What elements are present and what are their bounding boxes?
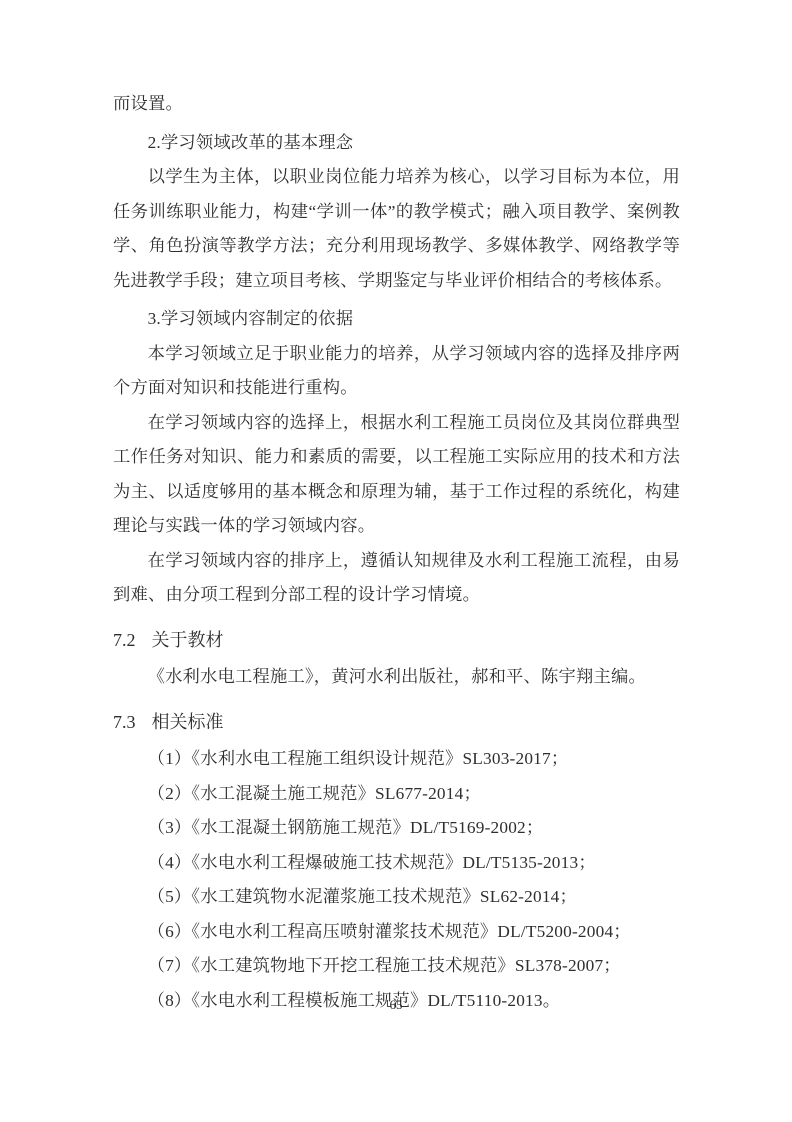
paragraph-section3-1: 本学习领域立足于职业能力的培养，从学习领域内容的选择及排序两个方面对知识和技能进… — [113, 337, 680, 406]
paragraph-textbook: 《水利水电工程施工》，黄河水利出版社，郝和平、陈宇翔主编。 — [113, 660, 680, 695]
subheading-2: 2.学习领域改革的基本理念 — [113, 126, 680, 161]
standard-item-6: （6）《水电水利工程高压喷射灌浆技术规范》DL/T5200-2004； — [113, 915, 680, 950]
section-7-3-heading: 7.3相关标准 — [113, 705, 680, 740]
section-7-2-number: 7.2 — [113, 623, 136, 658]
page-content: 而设置。 2.学习领域改革的基本理念 以学生为主体，以职业岗位能力培养为核心，以… — [113, 87, 680, 1018]
section-7-2-title: 关于教材 — [152, 630, 224, 650]
standard-item-4: （4）《水电水利工程爆破施工技术规范》DL/T5135-2013； — [113, 846, 680, 881]
standard-item-2: （2）《水工混凝土施工规范》SL677-2014； — [113, 777, 680, 812]
paragraph-section3-3: 在学习领域内容的排序上，遵循认知规律及水利工程施工流程，由易到难、由分项工程到分… — [113, 544, 680, 613]
standard-item-1: （1）《水利水电工程施工组织设计规范》SL303-2017； — [113, 742, 680, 777]
page-number: 65 — [0, 997, 792, 1013]
continuation-line: 而设置。 — [113, 87, 680, 122]
standard-item-7: （7）《水工建筑物地下开挖工程施工技术规范》SL378-2007； — [113, 949, 680, 984]
document-page: 而设置。 2.学习领域改革的基本理念 以学生为主体，以职业岗位能力培养为核心，以… — [0, 0, 792, 1122]
standard-item-5: （5）《水工建筑物水泥灌浆施工技术规范》SL62-2014； — [113, 880, 680, 915]
paragraph-section3-2: 在学习领域内容的选择上，根据水利工程施工员岗位及其岗位群典型工作任务对知识、能力… — [113, 406, 680, 544]
section-7-2-heading: 7.2关于教材 — [113, 623, 680, 658]
standard-item-3: （3）《水工混凝土钢筋施工规范》DL/T5169-2002； — [113, 811, 680, 846]
paragraph-section2: 以学生为主体，以职业岗位能力培养为核心，以学习目标为本位，用任务训练职业能力，构… — [113, 160, 680, 298]
subheading-3: 3.学习领域内容制定的依据 — [113, 302, 680, 337]
section-7-3-title: 相关标准 — [152, 712, 224, 732]
section-7-3-number: 7.3 — [113, 705, 136, 740]
